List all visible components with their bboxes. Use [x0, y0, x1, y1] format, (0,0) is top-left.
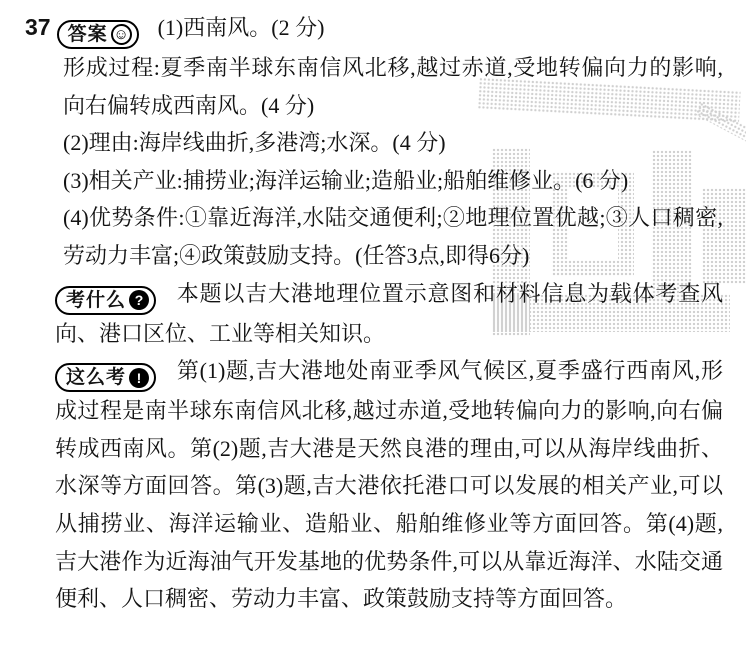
zheme-kao-text: 第(1)题,吉大港地处南亚季风气候区,夏季盛行西南风,形成过程是南半球东南信风北… — [55, 358, 723, 611]
question-number: 37 — [25, 9, 51, 47]
answer-paragraph-2: (2)理由:海岸线曲折,多港湾;水深。(4 分) — [55, 124, 723, 162]
smiley-icon: ☺ — [111, 24, 132, 45]
kao-what-badge-label: 考什么 — [66, 288, 126, 313]
zheme-kao-badge-label: 这么考 — [66, 365, 126, 390]
zheme-kao-badge: 这么考! — [55, 363, 156, 392]
answer-badge: 答案☺ — [57, 20, 139, 49]
page-content: 37答案☺(1)西南风。(2 分) 形成过程:夏季南半球东南信风北移,越过赤道,… — [55, 9, 723, 618]
answer-badge-label: 答案 — [68, 22, 108, 47]
answer-paragraph-3: (3)相关产业:捕捞业;海洋运输业;造船业;船舶维修业。(6 分) — [55, 162, 723, 200]
kao-what-badge: 考什么? — [55, 286, 156, 315]
answer-line-1: (1)西南风。(2 分) — [158, 15, 325, 40]
answer-first-line: 37答案☺(1)西南风。(2 分) — [55, 9, 723, 49]
exclamation-icon: ! — [129, 368, 149, 388]
answer-key-page: 37答案☺(1)西南风。(2 分) 形成过程:夏季南半球东南信风北移,越过赤道,… — [0, 0, 746, 667]
zheme-kao-paragraph: 这么考!第(1)题,吉大港地处南亚季风气候区,夏季盛行西南风,形成过程是南半球东… — [55, 352, 723, 618]
kao-what-text: 本题以吉大港地理位置示意图和材料信息为载体考查风向、港口区位、工业等相关知识。 — [55, 281, 723, 346]
question-icon: ? — [129, 290, 149, 310]
answer-paragraph-4: (4)优势条件:①靠近海洋,水陆交通便利;②地理位置优越;③人口稠密,劳动力丰富… — [55, 199, 723, 274]
kao-what-paragraph: 考什么?本题以吉大港地理位置示意图和材料信息为载体考查风向、港口区位、工业等相关… — [55, 275, 723, 353]
answer-paragraph-formation: 形成过程:夏季南半球东南信风北移,越过赤道,受地转偏向力的影响,向右偏转成西南风… — [55, 49, 723, 124]
